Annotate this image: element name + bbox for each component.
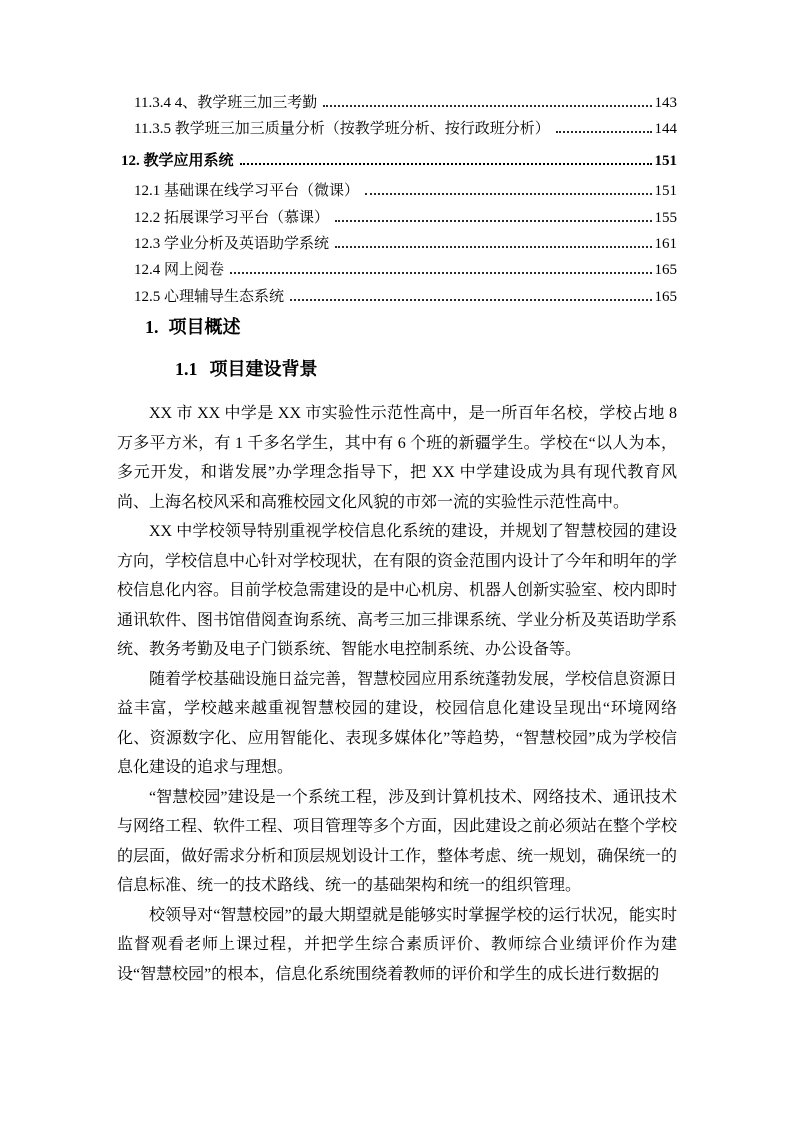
toc-entry-label: 12.1 基础课在线学习平台（微课） xyxy=(134,178,359,204)
body-paragraph: 随着学校基础设施日益完善，智慧校园应用系统蓬勃发展，学校信息资源日益丰富，学校越… xyxy=(117,665,677,783)
toc-entry-label: 11.3.4 4、教学班三加三考勤 xyxy=(134,90,317,116)
body-paragraph: XX 中学校领导特别重视学校信息化系统的建设，并规划了智慧校园的建设方向，学校信… xyxy=(117,517,677,665)
dot-leader xyxy=(335,246,651,248)
dot-leader xyxy=(240,163,652,165)
toc-entry-label: 12.5 心理辅导生态系统 xyxy=(134,284,284,310)
dot-leader xyxy=(335,220,651,222)
toc-entry[interactable]: 11.3.5 教学班三加三质量分析（按教学班分析、按行政班分析） 144 xyxy=(117,116,677,142)
toc-entry[interactable]: 12.5 心理辅导生态系统 165 xyxy=(117,284,677,310)
body-text: XX 市 XX 中学是 XX 市实验性示范性高中，是一所百年名校，学校占地 8 … xyxy=(117,399,677,989)
section-heading: 1.项目概述 xyxy=(145,314,677,340)
toc-entry-label: 12.3 学业分析及英语助学系统 xyxy=(134,231,329,257)
toc-entry[interactable]: 12.4 网上阅卷 165 xyxy=(117,257,677,283)
table-of-contents: 11.3.4 4、教学班三加三考勤 143 11.3.5 教学班三加三质量分析（… xyxy=(117,90,677,310)
document-page: 11.3.4 4、教学班三加三考勤 143 11.3.5 教学班三加三质量分析（… xyxy=(0,0,793,1122)
heading-number: 1. xyxy=(145,317,159,337)
body-paragraph: 校领导对“智慧校园”的最大期望就是能够实时掌握学校的运行状况，能实时监督观看老师… xyxy=(117,901,677,990)
toc-page-number: 151 xyxy=(655,148,678,174)
toc-page-number: 143 xyxy=(655,90,678,116)
dot-leader xyxy=(556,131,652,133)
heading-number: 1.1 xyxy=(175,359,198,379)
toc-entry[interactable]: 12.2 拓展课学习平台（慕课） 155 xyxy=(117,205,677,231)
toc-entry[interactable]: 11.3.4 4、教学班三加三考勤 143 xyxy=(117,90,677,116)
toc-entry-label: 12. 教学应用系统 xyxy=(121,148,234,174)
dot-leader xyxy=(290,299,651,301)
toc-page-number: 144 xyxy=(655,116,678,142)
toc-page-number: 151 xyxy=(655,178,678,204)
heading-title: 项目概述 xyxy=(169,317,241,337)
toc-entry-label: 12.4 网上阅卷 xyxy=(134,257,224,283)
toc-page-number: 161 xyxy=(655,231,678,257)
toc-entry-label: 12.2 拓展课学习平台（慕课） xyxy=(134,205,329,231)
toc-page-number: 155 xyxy=(655,205,678,231)
dot-leader xyxy=(323,105,651,107)
toc-page-number: 165 xyxy=(655,284,678,310)
toc-entry-label: 11.3.5 教学班三加三质量分析（按教学班分析、按行政班分析） xyxy=(134,116,550,142)
toc-entry[interactable]: 12.3 学业分析及英语助学系统 161 xyxy=(117,231,677,257)
dot-leader xyxy=(365,193,651,195)
toc-page-number: 165 xyxy=(655,257,678,283)
toc-entry[interactable]: 12.1 基础课在线学习平台（微课） 151 xyxy=(117,178,677,204)
dot-leader xyxy=(230,272,651,274)
body-paragraph: XX 市 XX 中学是 XX 市实验性示范性高中，是一所百年名校，学校占地 8 … xyxy=(117,399,677,517)
toc-entry-chapter[interactable]: 12. 教学应用系统 151 xyxy=(117,148,677,174)
subsection-heading: 1.1项目建设背景 xyxy=(175,356,677,382)
body-paragraph: “智慧校园”建设是一个系统工程，涉及到计算机技术、网络技术、通讯技术与网络工程、… xyxy=(117,783,677,901)
heading-title: 项目建设背景 xyxy=(210,359,318,379)
